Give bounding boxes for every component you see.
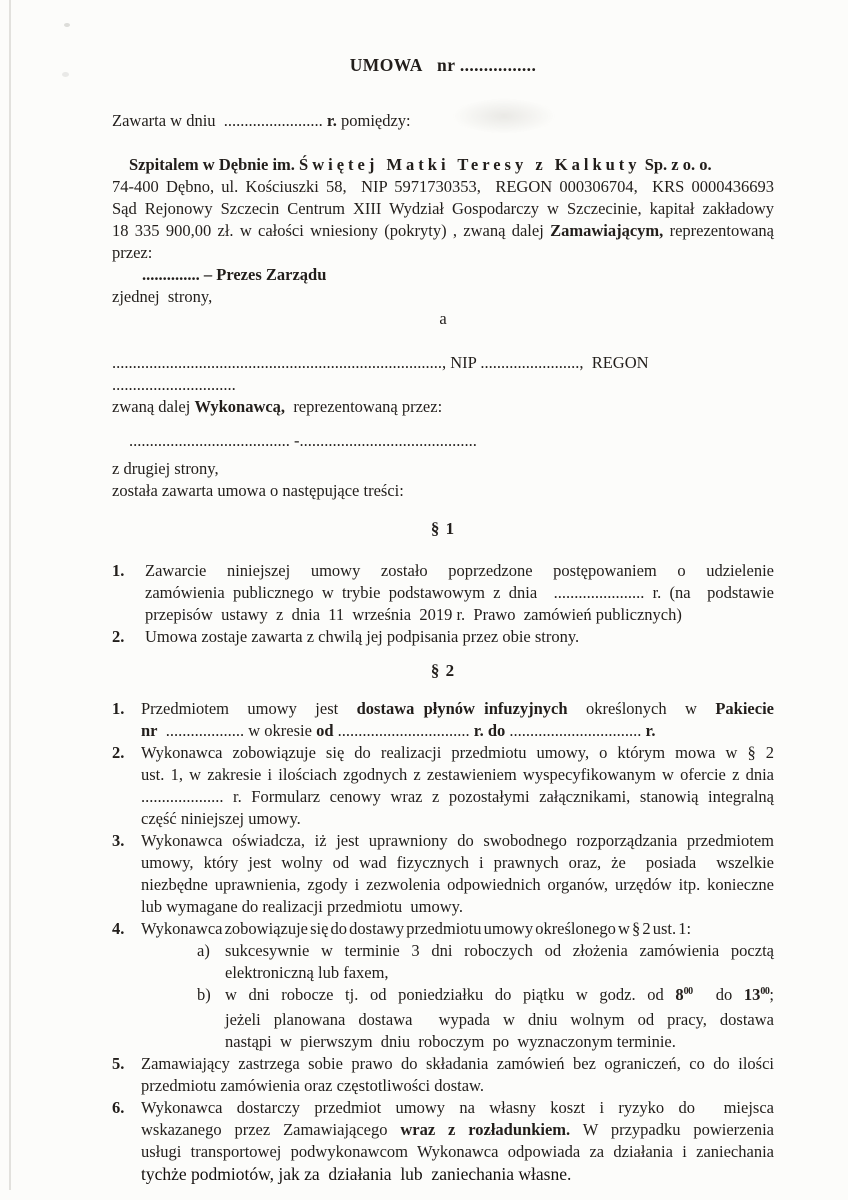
text-segment: umowy, który jest wolny od wad fizycznyc…: [141, 853, 774, 872]
party-name-line: Szpitalem w Dębnie im. Świętej Matki Ter…: [129, 154, 774, 176]
text-segment: Świętej Matki Teresy z Kalkuty: [299, 155, 641, 174]
s1-item-2-marker: 2.: [112, 626, 145, 648]
s2-item-6: 6.Wykonawca dostarczy przedmiot umowy na…: [112, 1097, 774, 1185]
intro-line: Zawarta w dniu ........................ …: [112, 110, 774, 132]
s2-item-3: 3.Wykonawca oświadcza, iż jest uprawnion…: [112, 830, 774, 918]
text-segment: Wykonawca dostarczy przedmiot umowy na w…: [141, 1098, 774, 1117]
text-segment: dostawa płynów infuzyjnych: [357, 699, 568, 718]
s2-item-4b-line: nastąpi w pierwszym dniu roboczym po wyz…: [225, 1031, 774, 1053]
s2-item-4a-line: elektroniczną lub faxem,: [225, 962, 774, 984]
s2-item-4b-marker: b): [197, 984, 225, 1006]
s2-item-4: 4.Wykonawca zobowiązuje się do dostawy p…: [112, 918, 774, 940]
s2-item-2-line: .................... r. Formularz cenowy…: [141, 786, 774, 808]
text-segment: r.: [327, 111, 337, 130]
text-segment: a: [439, 309, 446, 328]
s2-item-4b-line: jeżeli planowana dostawa wypada w dniu w…: [225, 1009, 774, 1031]
party-side-line: zjednej strony,: [112, 286, 774, 308]
text-segment: § 2: [431, 661, 455, 680]
s2-item-6-line: usługi transportowej podwykonawcom Wykon…: [141, 1141, 774, 1163]
text-segment: Pakiecie: [715, 699, 774, 718]
contractor-line-line: ........................................…: [112, 352, 774, 396]
text-segment: UMOWA nr ................: [350, 55, 536, 75]
s2-item-4-text: Wykonawca zobowiązuje się do dostawy prz…: [141, 918, 774, 940]
text-segment: Szpitalem w Dębnie im.: [129, 155, 299, 174]
party-address-3: 18 335 900,00 zł. w całości wniesiony (p…: [112, 220, 774, 242]
second-party-side: z drugiej strony,: [112, 458, 774, 480]
s2-item-2-marker: 2.: [112, 742, 141, 764]
party-address-1-line: 74-400 Dębno, ul. Kościuszki 58, NIP 597…: [112, 176, 774, 198]
s2-item-6-line: tychże podmiotów, jak za działania lub z…: [141, 1163, 774, 1185]
text-segment: Zawarcie niniejszej umowy zostało poprze…: [145, 561, 774, 580]
text-segment: Umowa zostaje zawarta z chwilą jej podpi…: [145, 627, 579, 646]
text-segment: przedmiotu zamówienia oraz częstotliwośc…: [141, 1076, 484, 1095]
s2-item-6-line: wskazanego przez Zamawiającego wraz z ro…: [141, 1119, 774, 1141]
text-segment: Sp. z o. o.: [641, 155, 712, 174]
text-segment: nastąpi w pierwszym dniu roboczym po wyz…: [225, 1032, 676, 1051]
s2-item-4a-marker: a): [197, 940, 225, 962]
s2-item-4b-text: w dni robocze tj. od poniedziałku do pią…: [225, 984, 774, 1053]
s2-item-2-line: część niniejszej umowy.: [141, 808, 774, 830]
s1-item-1-marker: 1.: [112, 560, 145, 582]
s2-item-3-line: niezbędne uprawnienia, zgody i zezwoleni…: [141, 874, 774, 896]
text-segment: Zawarta w dniu ........................: [112, 111, 327, 130]
s2-item-1: 1.Przedmiotem umowy jest dostawa płynów …: [112, 698, 774, 742]
text-segment: .................... r. Formularz cenowy…: [141, 787, 774, 806]
party-address-3-line: 18 335 900,00 zł. w całości wniesiony (p…: [112, 220, 774, 242]
text-segment: od: [316, 721, 333, 740]
s2-item-3-line: umowy, który jest wolny od wad fizycznyc…: [141, 852, 774, 874]
text-segment: reprezentowaną: [663, 221, 774, 240]
text-segment: Zamawiającym,: [550, 221, 663, 240]
text-segment: reprezentowaną przez:: [285, 397, 442, 416]
scan-speck-artifact: [62, 72, 69, 77]
text-segment: 00: [760, 986, 769, 997]
s2-item-1-text: Przedmiotem umowy jest dostawa płynów in…: [141, 698, 774, 742]
text-segment: przepisów ustawy z dnia 11 września 2019…: [145, 605, 682, 624]
s2-item-5-line: przedmiotu zamówienia oraz częstotliwośc…: [141, 1075, 774, 1097]
text-segment: ........................................…: [112, 353, 649, 394]
text-segment: zjednej strony,: [112, 287, 212, 306]
text-segment: 13: [744, 985, 761, 1004]
text-segment: ;: [769, 985, 774, 1004]
text-segment: W przypadku powierzenia: [570, 1120, 774, 1139]
s2-item-4a-line: sukcesywnie w terminie 3 dni roboczych o…: [225, 940, 774, 962]
s2-item-4a: a)sukcesywnie w terminie 3 dni roboczych…: [112, 940, 774, 984]
party-address-2-line: Sąd Rejonowy Szczecin Centrum XIII Wydzi…: [112, 198, 774, 220]
doc-title: UMOWA nr ................: [112, 54, 774, 76]
text-segment: r. do: [474, 721, 506, 740]
s1-item-1-line: zamówienia publicznego w trybie podstawo…: [145, 582, 774, 604]
text-segment: Wykonawcą,: [194, 397, 285, 416]
intro-line-line: Zawarta w dniu ........................ …: [112, 110, 774, 132]
contractor-representative-line: ....................................... …: [129, 430, 774, 452]
s2-item-4b-line: w dni robocze tj. od poniedziałku do pią…: [225, 984, 774, 1009]
party-representative: .............. – Prezes Zarządu: [112, 264, 774, 286]
party-representative-line: .............. – Prezes Zarządu: [142, 264, 774, 286]
scan-edge-artifact: [9, 0, 11, 1190]
s1-item-2-line: Umowa zostaje zawarta z chwilą jej podpi…: [145, 626, 774, 648]
text-segment: część niniejszej umowy.: [141, 809, 301, 828]
s2-item-4a-text: sukcesywnie w terminie 3 dni roboczych o…: [225, 940, 774, 984]
text-segment: pomiędzy:: [337, 111, 411, 130]
party-przez-line: przez:: [112, 242, 774, 264]
s2-item-3-line: Wykonawca oświadcza, iż jest uprawniony …: [141, 830, 774, 852]
text-segment: tychże podmiotów, jak za działania lub z…: [141, 1164, 571, 1184]
section-1: § 1: [112, 518, 774, 540]
text-segment: wskazanego przez Zamawiającego: [141, 1120, 400, 1139]
text-segment: § 1: [431, 519, 455, 538]
contractor-called: zwaną dalej Wykonawcą, reprezentowaną pr…: [112, 396, 774, 418]
conjunction-a-line: a: [112, 308, 774, 330]
s1-item-2: 2.Umowa zostaje zawarta z chwilą jej pod…: [112, 626, 774, 648]
party-side: zjednej strony,: [112, 286, 774, 308]
text-segment: przez:: [112, 243, 152, 262]
s2-item-6-line: Wykonawca dostarczy przedmiot umowy na w…: [141, 1097, 774, 1119]
text-segment: do: [693, 985, 744, 1004]
s2-item-2-line: ust. 1, w zakresie i ilościach zgodnych …: [141, 764, 774, 786]
text-segment: sukcesywnie w terminie 3 dni roboczych o…: [225, 941, 774, 960]
text-segment: Sąd Rejonowy Szczecin Centrum XIII Wydzi…: [112, 199, 774, 218]
s2-item-5-marker: 5.: [112, 1053, 141, 1075]
party-name: Szpitalem w Dębnie im. Świętej Matki Ter…: [112, 154, 774, 176]
section-2-line: § 2: [112, 660, 774, 682]
contractor-called-line: zwaną dalej Wykonawcą, reprezentowaną pr…: [112, 396, 774, 418]
s2-item-2-text: Wykonawca zobowiązuje się do realizacji …: [141, 742, 774, 830]
text-segment: nr: [141, 721, 158, 740]
page: UMOWA nr ................Zawarta w dniu …: [0, 0, 848, 1200]
s2-item-5-text: Zamawiający zastrzega sobie prawo do skł…: [141, 1053, 774, 1097]
text-segment: Wykonawca zobowiązuje się do realizacji …: [141, 743, 774, 762]
s1-item-1-text: Zawarcie niniejszej umowy zostało poprze…: [145, 560, 774, 626]
conjunction-a: a: [112, 308, 774, 330]
s2-item-5-line: Zamawiający zastrzega sobie prawo do skł…: [141, 1053, 774, 1075]
s2-item-1-line: nr ................... w okresie od ....…: [141, 720, 774, 742]
s2-item-4b: b)w dni robocze tj. od poniedziałku do p…: [112, 984, 774, 1053]
text-segment: ....................................... …: [129, 431, 477, 450]
s1-item-1-line: przepisów ustawy z dnia 11 września 2019…: [145, 604, 774, 626]
s2-item-3-text: Wykonawca oświadcza, iż jest uprawniony …: [141, 830, 774, 918]
section-2: § 2: [112, 660, 774, 682]
s2-item-4-line: Wykonawca zobowiązuje się do dostawy prz…: [141, 918, 774, 940]
s2-item-2-line: Wykonawca zobowiązuje się do realizacji …: [141, 742, 774, 764]
text-segment: w dni robocze tj. od poniedziałku do pią…: [225, 985, 675, 1004]
text-segment: ................................: [505, 721, 645, 740]
scan-speck-artifact: [64, 23, 70, 27]
s2-item-2: 2.Wykonawca zobowiązuje się do realizacj…: [112, 742, 774, 830]
text-segment: Wykonawca zobowiązuje się do dostawy prz…: [141, 919, 691, 938]
closing-line-line: została zawarta umowa o następujące treś…: [112, 480, 774, 502]
text-segment: 00: [684, 986, 693, 997]
document-content: UMOWA nr ................Zawarta w dniu …: [112, 54, 774, 1185]
second-party-side-line: z drugiej strony,: [112, 458, 774, 480]
contractor-line: ........................................…: [112, 352, 774, 396]
closing-line: została zawarta umowa o następujące treś…: [112, 480, 774, 502]
text-segment: lub wymagane do realizacji przedmiotu um…: [141, 897, 463, 916]
text-segment: ................... w okresie: [158, 721, 317, 740]
text-segment: Przedmiotem umowy jest: [141, 699, 357, 718]
s1-item-1: 1.Zawarcie niniejszej umowy zostało popr…: [112, 560, 774, 626]
s2-item-3-line: lub wymagane do realizacji przedmiotu um…: [141, 896, 774, 918]
doc-title-line: UMOWA nr ................: [112, 54, 774, 76]
s2-item-6-marker: 6.: [112, 1097, 141, 1119]
text-segment: określonych w: [568, 699, 716, 718]
s2-item-1-line: Przedmiotem umowy jest dostawa płynów in…: [141, 698, 774, 720]
text-segment: została zawarta umowa o następujące treś…: [112, 481, 404, 500]
text-segment: 8: [675, 985, 683, 1004]
text-segment: Zamawiający zastrzega sobie prawo do skł…: [141, 1054, 774, 1073]
text-segment: .............. – Prezes Zarządu: [142, 265, 326, 284]
text-segment: 74-400 Dębno, ul. Kościuszki 58, NIP 597…: [112, 177, 774, 196]
text-segment: zamówienia publicznego w trybie podstawo…: [145, 583, 774, 602]
party-address-2: Sąd Rejonowy Szczecin Centrum XIII Wydzi…: [112, 198, 774, 220]
text-segment: jeżeli planowana dostawa wypada w dniu w…: [225, 1010, 774, 1029]
s2-item-6-text: Wykonawca dostarczy przedmiot umowy na w…: [141, 1097, 774, 1185]
text-segment: elektroniczną lub faxem,: [225, 963, 389, 982]
contractor-representative: ....................................... …: [112, 430, 774, 452]
text-segment: r.: [646, 721, 656, 740]
text-segment: z drugiej strony,: [112, 459, 219, 478]
party-przez: przez:: [112, 242, 774, 264]
s2-item-1-marker: 1.: [112, 698, 141, 720]
text-segment: wraz z rozładunkiem.: [400, 1120, 570, 1139]
section-1-line: § 1: [112, 518, 774, 540]
text-segment: niezbędne uprawnienia, zgody i zezwoleni…: [141, 875, 774, 894]
s2-item-3-marker: 3.: [112, 830, 141, 852]
text-segment: ust. 1, w zakresie i ilościach zgodnych …: [141, 765, 774, 784]
s2-item-5: 5.Zamawiający zastrzega sobie prawo do s…: [112, 1053, 774, 1097]
text-segment: usługi transportowej podwykonawcom Wykon…: [141, 1142, 774, 1161]
s1-item-1-line: Zawarcie niniejszej umowy zostało poprze…: [145, 560, 774, 582]
s1-item-2-text: Umowa zostaje zawarta z chwilą jej podpi…: [145, 626, 774, 648]
text-segment: 18 335 900,00 zł. w całości wniesiony (p…: [112, 221, 550, 240]
text-segment: zwaną dalej: [112, 397, 194, 416]
party-address-1: 74-400 Dębno, ul. Kościuszki 58, NIP 597…: [112, 176, 774, 198]
text-segment: ................................: [334, 721, 474, 740]
s2-item-4-marker: 4.: [112, 918, 141, 940]
text-segment: Wykonawca oświadcza, iż jest uprawniony …: [141, 831, 774, 850]
